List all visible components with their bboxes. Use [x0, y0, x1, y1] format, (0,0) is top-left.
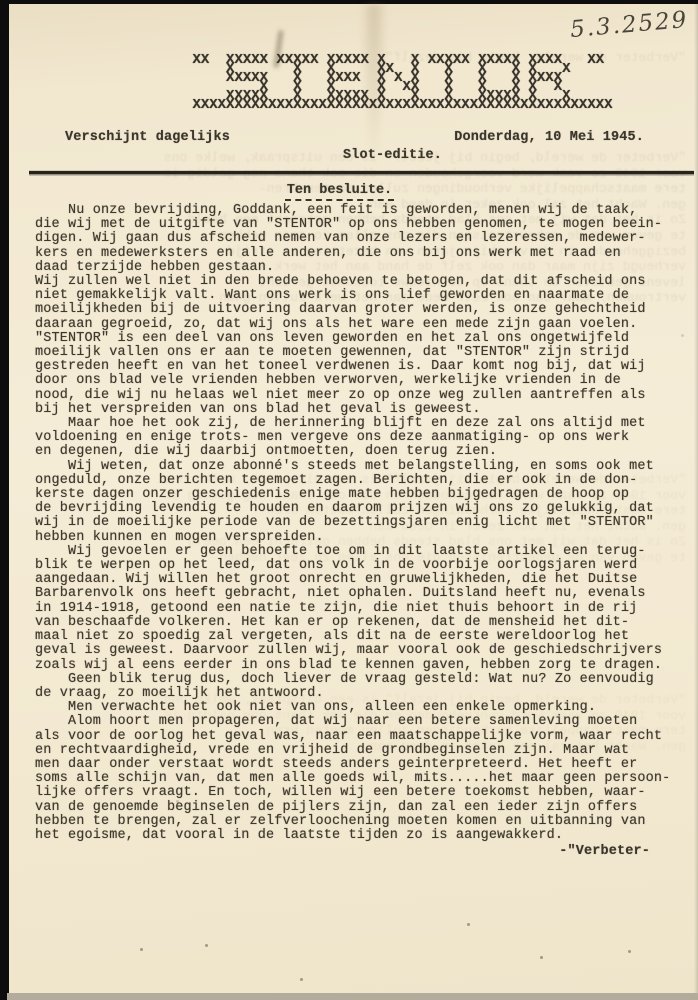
- article-heading: Ten besluite.: [12, 183, 667, 198]
- masthead-row: Verschijnt dagelijks Donderdag, 10 Mei 1…: [35, 130, 690, 145]
- article-paragraph: Wij zullen wel niet in den brede behoeve…: [35, 275, 690, 417]
- masthead-stentor-logo: XX XXXXX XXXXX XXXXX X X XXXXX XXXXX XXX…: [192, 56, 612, 110]
- article-body: Nu onze bevrijding, Goddank, een feit is…: [35, 204, 690, 859]
- masthead-tagline: Verschijnt dagelijks: [65, 130, 230, 145]
- scan-edge-right: [694, 4, 698, 993]
- scanned-newsletter-page: { "archive_mark": "5.3.2529", "masthead"…: [0, 0, 698, 1000]
- article-paragraph: Alom hoort men propageren, dat wij naar …: [35, 715, 690, 843]
- article-paragraph: Maar hoe het ook zij, de herinnering bli…: [35, 417, 690, 460]
- article-paragraph: Geen blik terug dus, doch liever de vraa…: [35, 673, 690, 701]
- paper-sheet: "Verbeter de wereld, begin bij jezelf" "…: [9, 4, 698, 993]
- scan-edge-bottom: [7, 993, 698, 1000]
- edition-label: Slot-editie.: [65, 148, 698, 163]
- masthead-date: Donderdag, 10 Mei 1945.: [454, 130, 644, 145]
- article-paragraph: Wij weten, dat onze abonné's steeds met …: [35, 460, 690, 545]
- divider-rule: [29, 171, 694, 174]
- article-paragraph: Nu onze bevrijding, Goddank, een feit is…: [35, 204, 690, 275]
- article-heading-text: Ten besluite.: [285, 183, 394, 201]
- article-paragraph: Wij gevoelen er geen behoefte toe om in …: [35, 545, 690, 673]
- page-content: XX XXXXX XXXXX XXXXX X X XXXXX XXXXX XXX…: [9, 4, 698, 993]
- article-signature: -"Verbeter-: [35, 845, 690, 859]
